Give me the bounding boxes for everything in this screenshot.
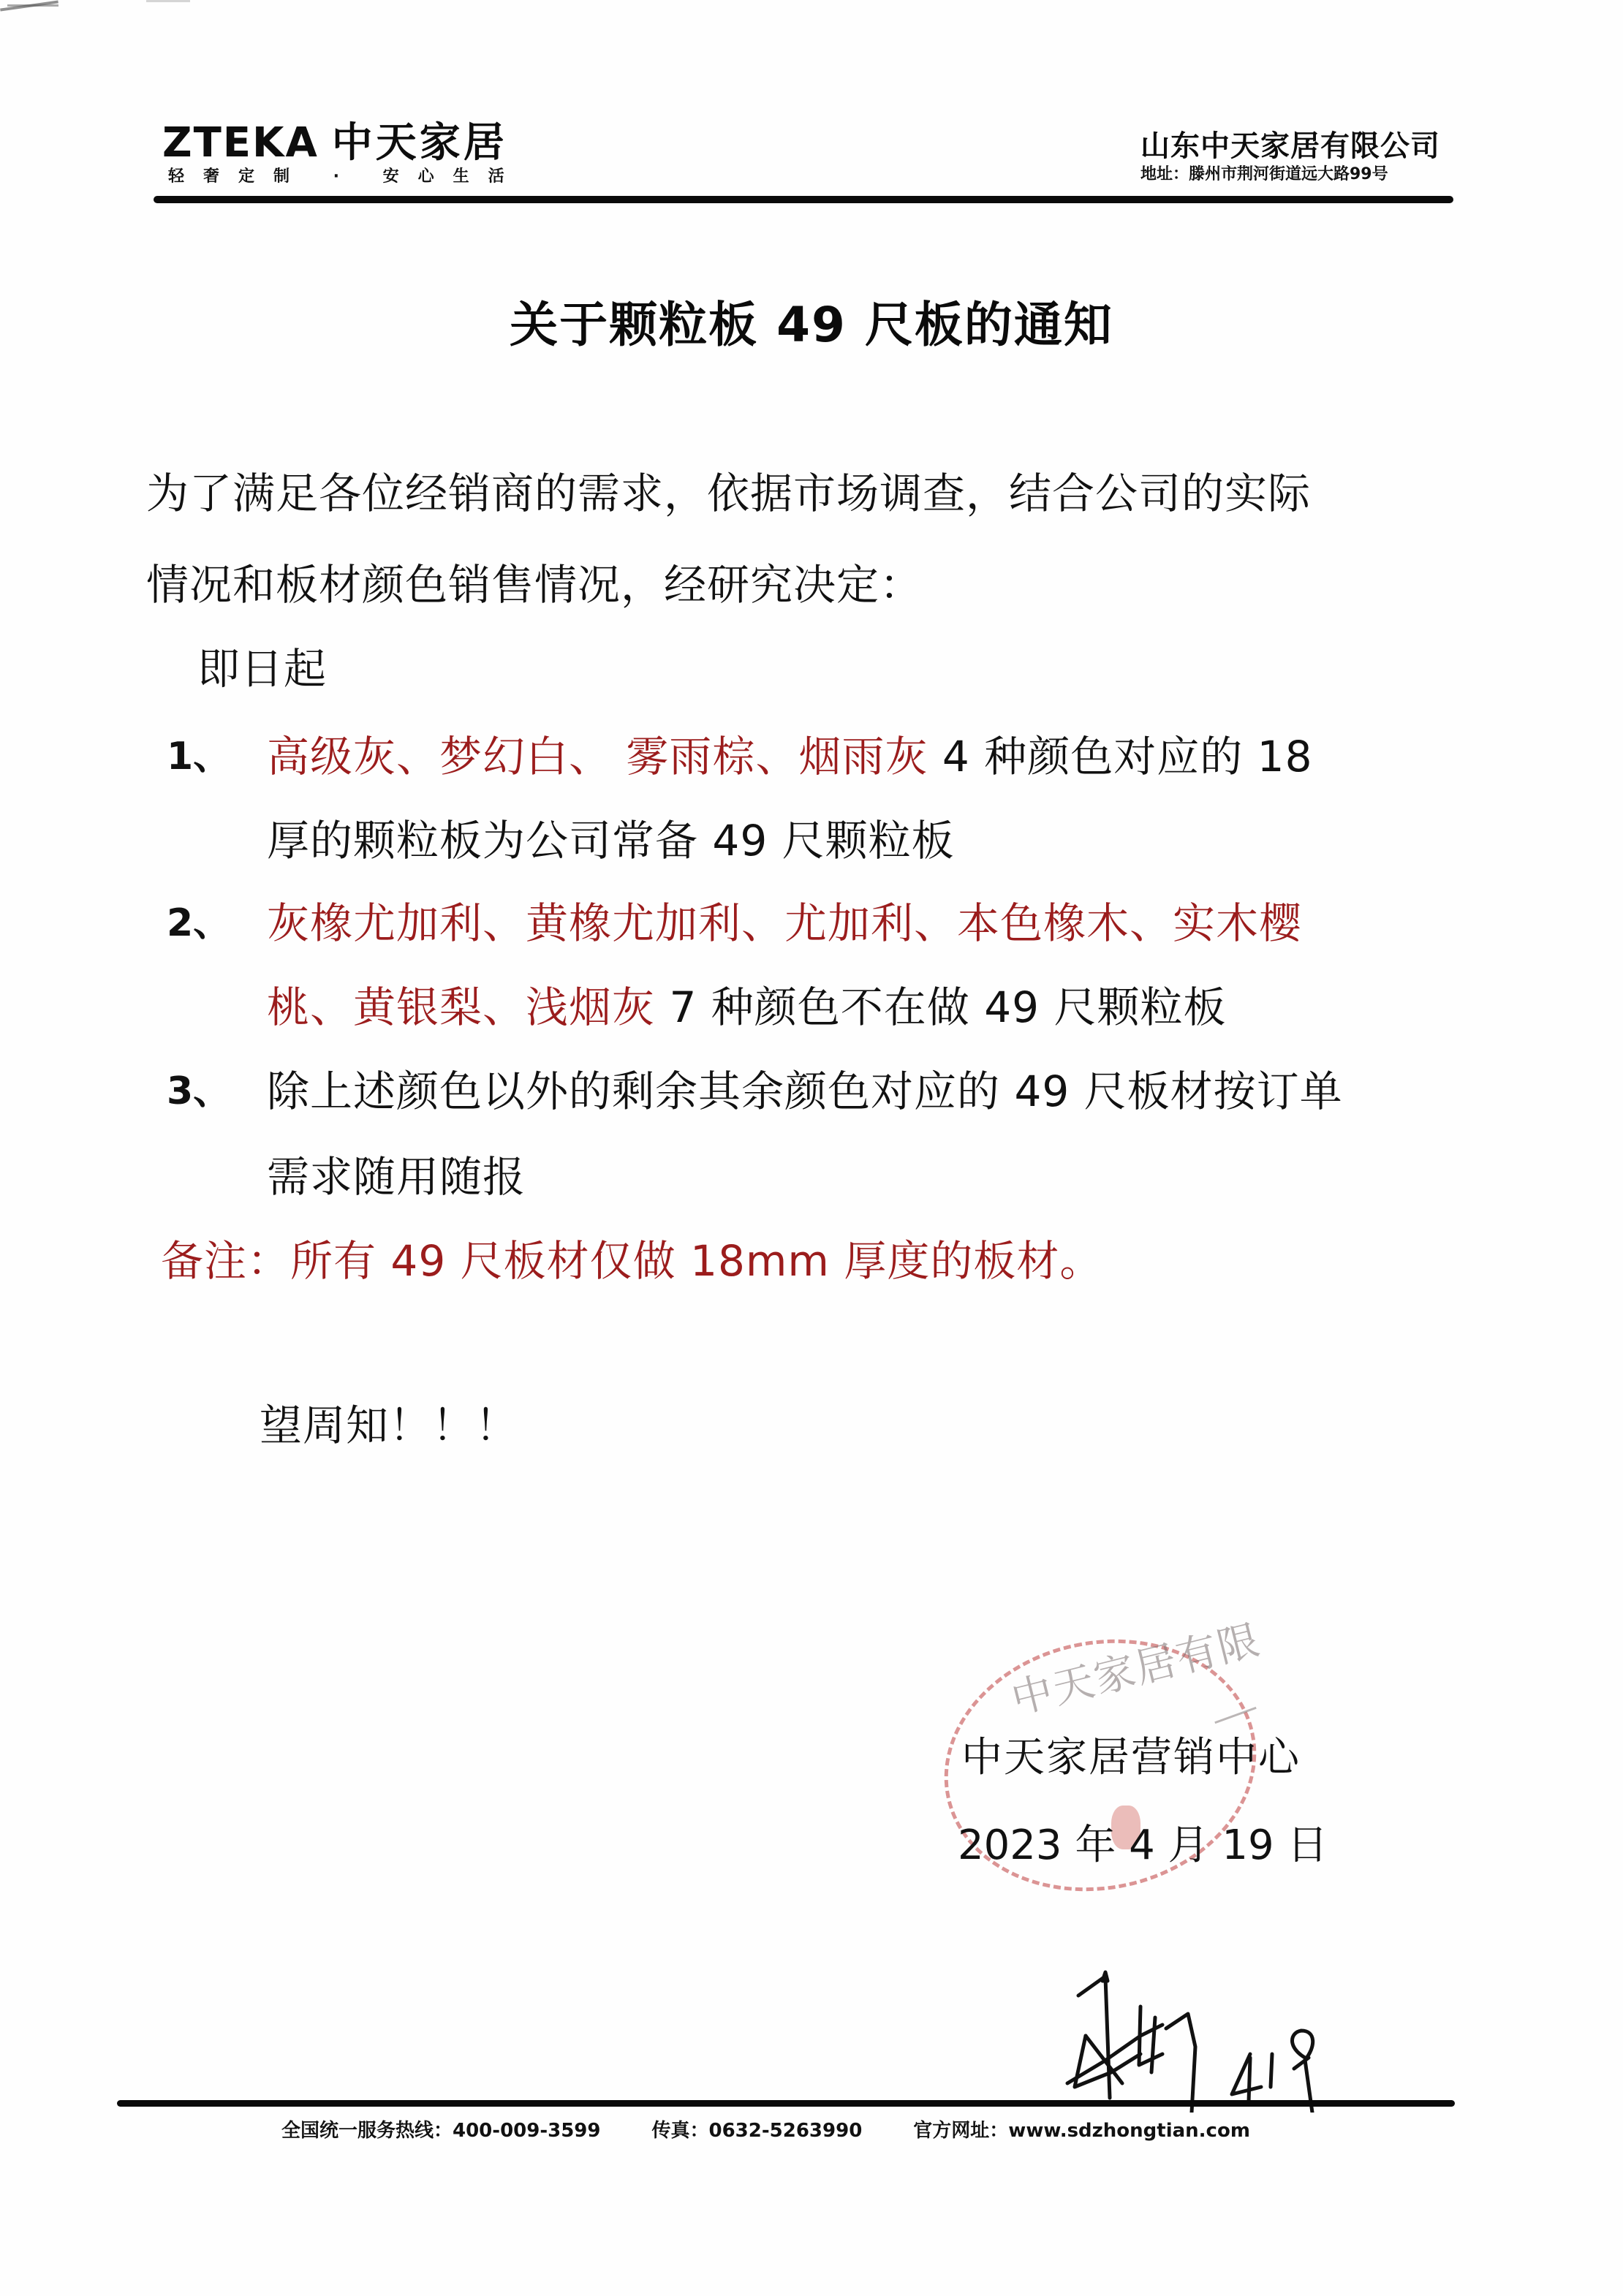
item-3-marker: 3、 xyxy=(167,1066,231,1117)
item-2-line-2: 桃、黄银梨、浅烟灰 7 种颜色不在做 49 尺颗粒板 xyxy=(267,982,1226,1033)
company-name: 山东中天家居有限公司 xyxy=(1140,128,1440,164)
item-1-text: 4 种颜色对应的 18 xyxy=(928,732,1312,781)
item-2-text: 7 种颜色不在做 49 尺颗粒板 xyxy=(655,982,1226,1032)
fax-number: 传真：0632-5263990 xyxy=(652,2120,863,2142)
brand-slogan: 轻奢定制 · 安心生活 xyxy=(168,166,523,188)
notice-page: ZTEKA中天家居 轻奢定制 · 安心生活 山东中天家居有限公司 地址：滕州市荆… xyxy=(0,0,1623,2296)
remark-note: 备注：所有 49 尺板材仅做 18mm 厚度的板材。 xyxy=(161,1235,1102,1287)
brand-wordmark: ZTEKA中天家居 xyxy=(162,121,523,166)
item-1-line-1: 高级灰、梦幻白、 雾雨棕、烟雨灰 4 种颜色对应的 18 xyxy=(267,731,1312,782)
item-1-marker: 1、 xyxy=(167,731,231,782)
website-link[interactable]: 官方网址：www.sdzhongtian.com xyxy=(913,2120,1250,2142)
item-3-line-2: 需求随用随报 xyxy=(267,1151,526,1202)
brand-latin: ZTEKA xyxy=(162,119,319,167)
letterhead: ZTEKA中天家居 轻奢定制 · 安心生活 山东中天家居有限公司 地址：滕州市荆… xyxy=(154,121,1455,201)
item-3-line-1: 除上述颜色以外的剩余其余颜色对应的 49 尺板材按订单 xyxy=(267,1066,1343,1117)
scan-artifact xyxy=(146,0,190,2)
handwritten-signature-icon xyxy=(1053,1937,1360,2113)
scan-artifact xyxy=(7,4,58,7)
header-divider xyxy=(154,196,1453,203)
item-1-line-2: 厚的颗粒板为公司常备 49 尺颗粒板 xyxy=(267,815,955,866)
service-hotline: 全国统一服务热线：400-009-3599 xyxy=(281,2120,601,2142)
footer-contact: 全国统一服务热线：400-009-3599传真：0632-5263990官方网址… xyxy=(281,2116,1250,2145)
item-2-line-1: 灰橡尤加利、黄橡尤加利、尤加利、本色橡木、实木樱 xyxy=(267,898,1302,949)
brand-cn: 中天家居 xyxy=(332,119,507,167)
closing-line: 望周知！！！ xyxy=(260,1400,518,1451)
brand-logo: ZTEKA中天家居 轻奢定制 · 安心生活 xyxy=(162,121,523,188)
intro-paragraph-line-2: 情况和板材颜色销售情况，经研究决定： xyxy=(146,559,923,610)
intro-paragraph-line-1: 为了满足各位经销商的需求，依据市场调查，结合公司的实际 xyxy=(146,468,1311,519)
item-2-colors: 桃、黄银梨、浅烟灰 xyxy=(267,982,655,1032)
company-info: 山东中天家居有限公司 地址：滕州市荆河街道远大路99号 xyxy=(1140,128,1440,185)
footer-divider xyxy=(117,2100,1455,2107)
company-address: 地址：滕州市荆河街道远大路99号 xyxy=(1140,164,1440,185)
issuing-organization: 中天家居营销中心 xyxy=(961,1732,1301,1784)
issue-date: 2023 年 4 月 19 日 xyxy=(958,1820,1328,1871)
document-title: 关于颗粒板 49 尺板的通知 xyxy=(0,296,1623,355)
item-1-colors: 高级灰、梦幻白、 雾雨棕、烟雨灰 xyxy=(267,732,928,781)
effective-date-label: 即日起 xyxy=(197,643,327,694)
item-2-marker: 2、 xyxy=(167,898,231,949)
